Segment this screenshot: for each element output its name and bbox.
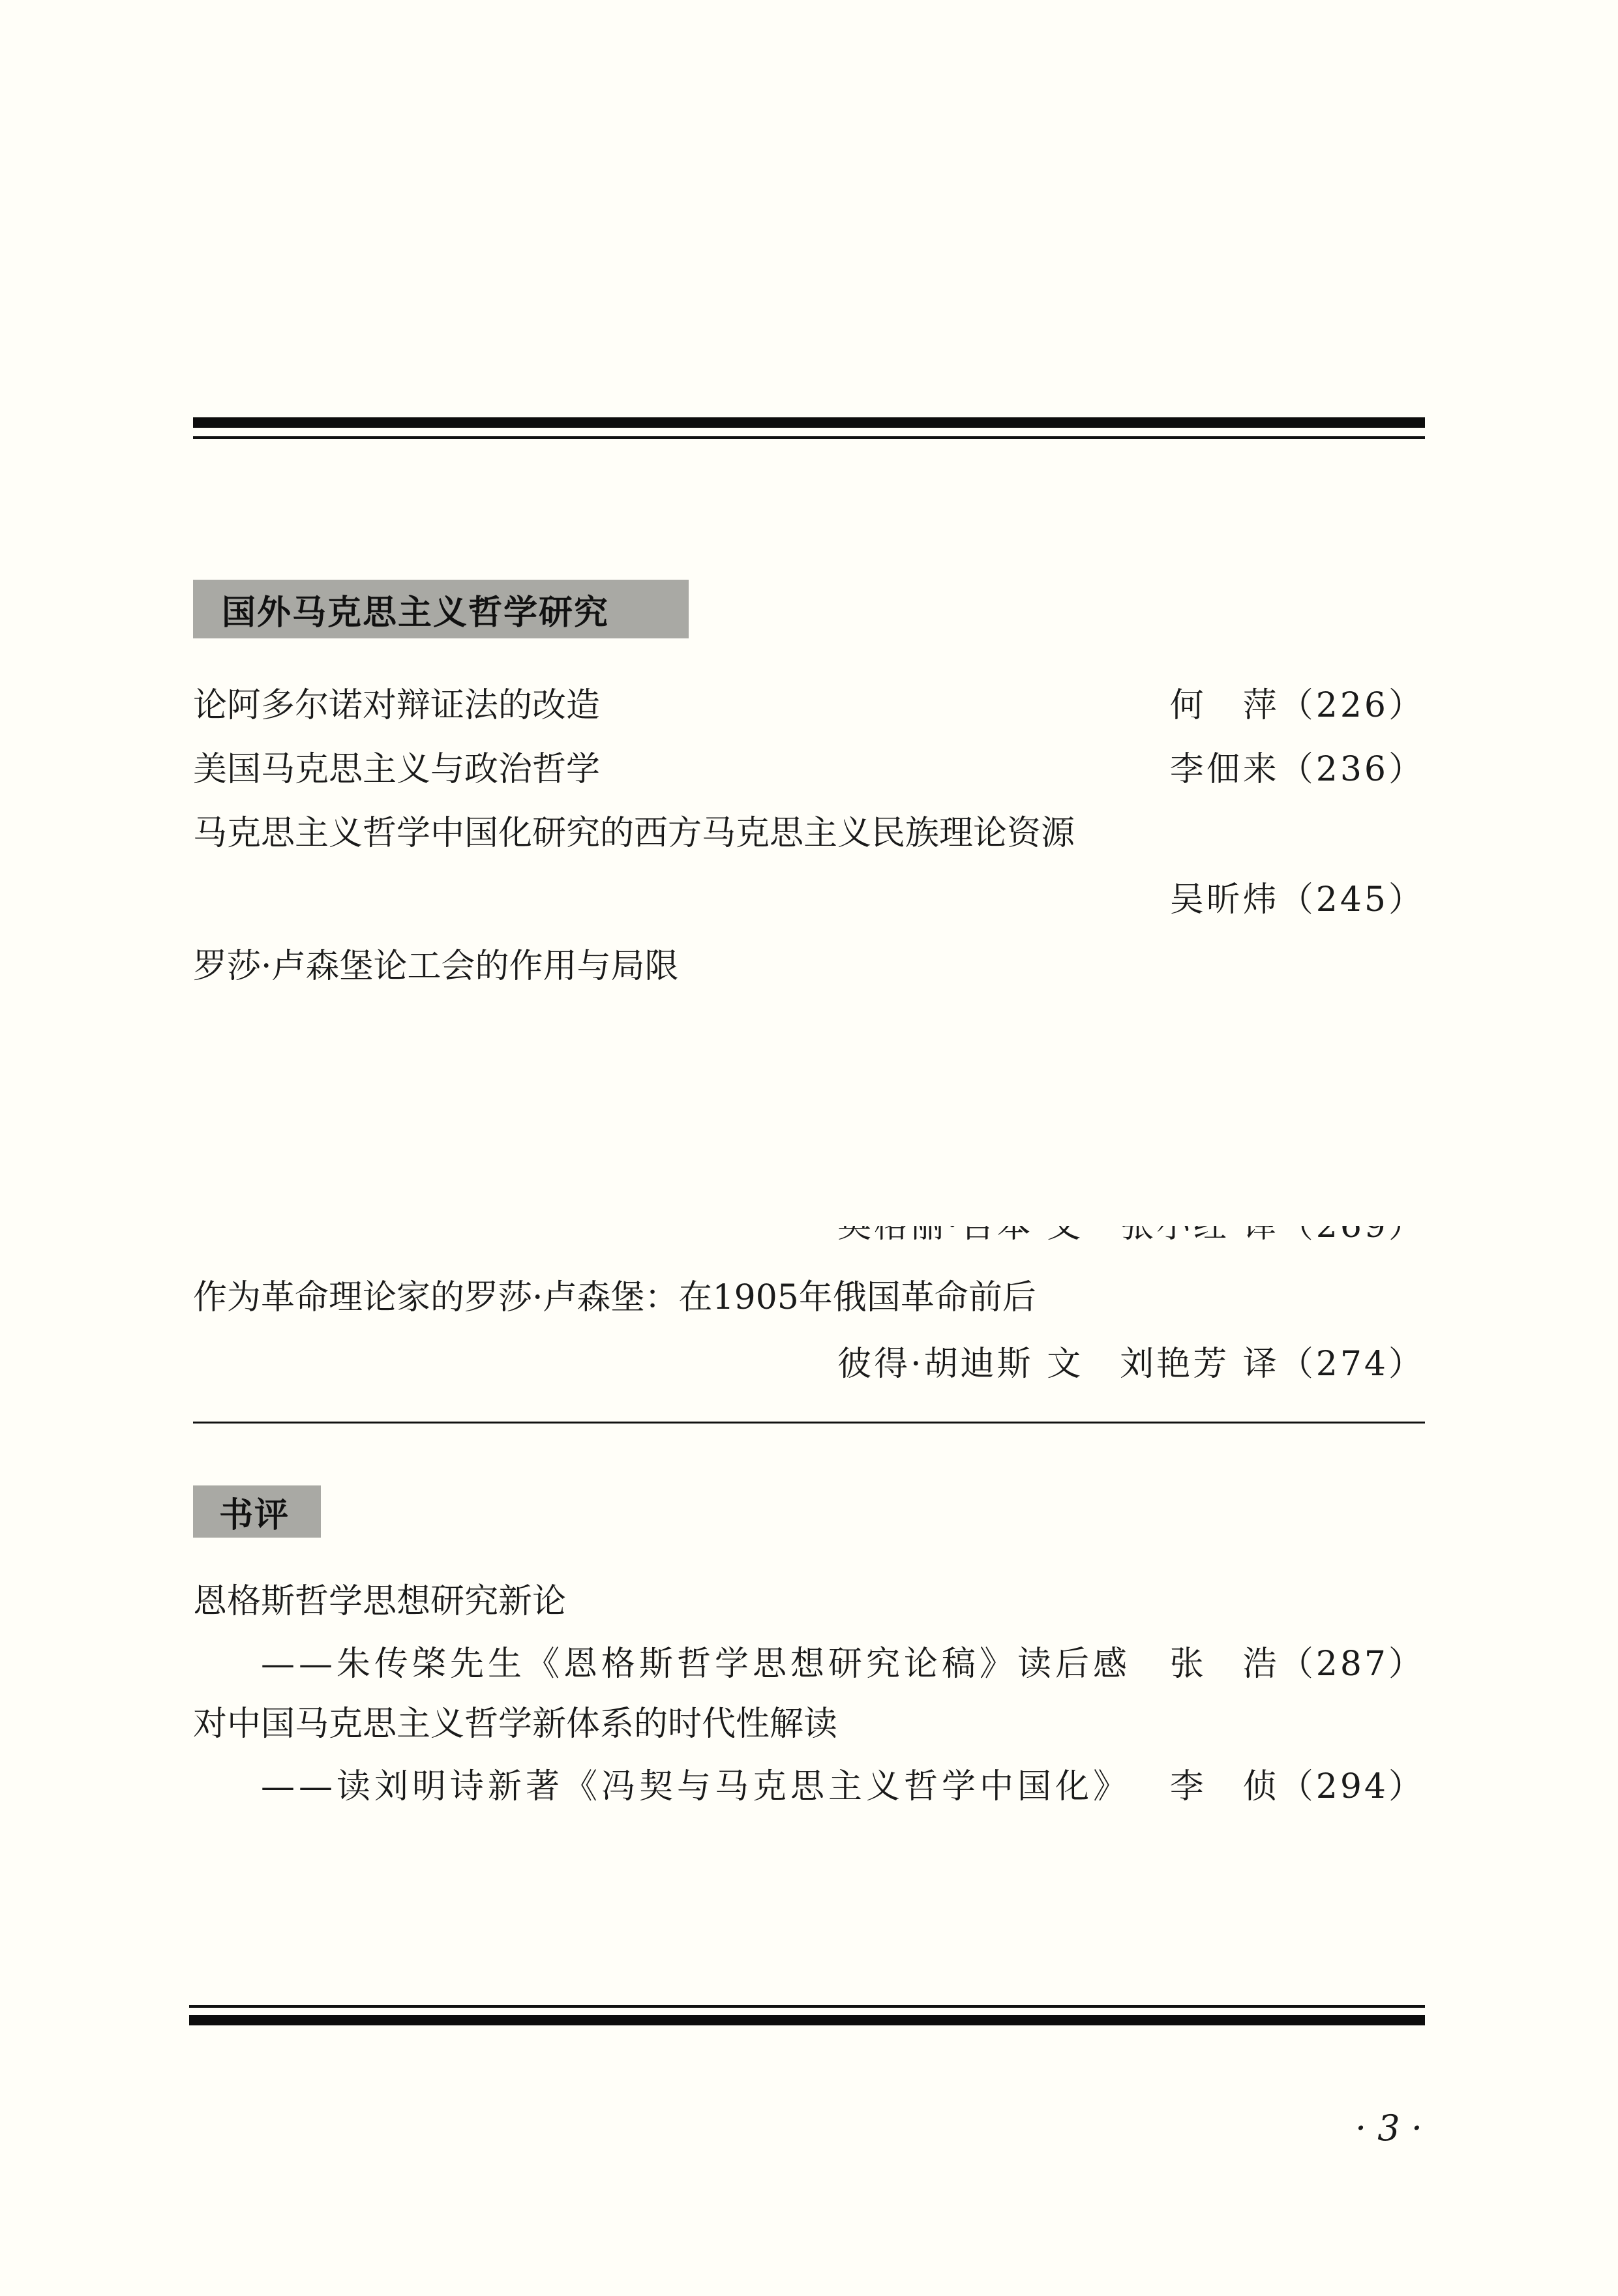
bottom-rule-thin [189, 2005, 1425, 2008]
toc-entry[interactable]: 论阿多尔诺对辩证法的改造 何 萍（226） [193, 686, 1425, 725]
entry-subtitle: ——朱传棨先生《恩格斯哲学思想研究论稿》读后感 [193, 1645, 1131, 1684]
entry-page: （245） [1280, 880, 1425, 919]
top-rule-thin [193, 436, 1425, 439]
entry-author: 李佃来 [1170, 750, 1280, 789]
entry-title: 对中国马克思主义哲学新体系的时代性解读 [193, 1705, 837, 1744]
toc-entry-byline: 吴昕炜（245） [193, 880, 1425, 919]
entry-title: 罗莎·卢森堡论工会的作用与局限 [193, 947, 679, 986]
toc-entry[interactable]: 马克思主义哲学中国化研究的西方马克思主义民族理论资源 [193, 814, 1425, 853]
entry-page: （269） [1280, 1226, 1425, 1245]
section-heading-book-review: 书评 [193, 1485, 321, 1538]
entry-page: （226） [1280, 686, 1425, 725]
bottom-rule-thick [189, 2015, 1425, 2025]
entry-author: 英格丽·吉本 文 张小红 译 [837, 1226, 1280, 1245]
toc-entry[interactable]: 作为革命理论家的罗莎·卢森堡：在1905年俄国革命前后 [193, 1278, 1425, 1317]
entry-title: 论阿多尔诺对辩证法的改造 [193, 686, 600, 725]
toc-entry[interactable]: 罗莎·卢森堡论工会的作用与局限 [193, 947, 1425, 986]
page-number: · 3 · [1355, 2108, 1422, 2149]
entry-author: 张 浩 [1170, 1645, 1280, 1684]
entry-page: （287） [1280, 1645, 1425, 1684]
toc-entry-byline: 彼得·胡迪斯 文 刘艳芳 译（274） [193, 1345, 1425, 1384]
entry-author: 何 萍 [1170, 686, 1280, 725]
top-rule-thick [193, 417, 1425, 428]
toc-entry[interactable]: 对中国马克思主义哲学新体系的时代性解读 [193, 1705, 1425, 1744]
entry-author: 吴昕炜 [1170, 880, 1280, 919]
entry-title: 作为革命理论家的罗莎·卢森堡：在1905年俄国革命前后 [193, 1278, 1036, 1317]
entry-page: （236） [1280, 750, 1425, 789]
entry-author: 彼得·胡迪斯 文 刘艳芳 译 [837, 1345, 1280, 1384]
clipped-byline: 英格丽·吉本 文 张小红 译（269） [193, 1226, 1425, 1245]
entry-title: 美国马克思主义与政治哲学 [193, 750, 600, 789]
toc-entry[interactable]: 恩格斯哲学思想研究新论 [193, 1582, 1425, 1621]
toc-entry-subtitle[interactable]: ——读刘明诗新著《冯契与马克思主义哲学中国化》 李 侦（294） [193, 1767, 1425, 1806]
entry-author: 李 侦 [1170, 1767, 1280, 1806]
section-divider [193, 1422, 1425, 1424]
entry-title: 马克思主义哲学中国化研究的西方马克思主义民族理论资源 [193, 814, 1075, 853]
section-heading-foreign-marxism: 国外马克思主义哲学研究 [193, 580, 689, 638]
entry-page: （274） [1280, 1345, 1425, 1384]
entry-subtitle: ——读刘明诗新著《冯契与马克思主义哲学中国化》 [193, 1767, 1131, 1806]
entry-title: 恩格斯哲学思想研究新论 [193, 1582, 566, 1621]
entry-page: （294） [1280, 1767, 1425, 1806]
toc-entry[interactable]: 美国马克思主义与政治哲学 李佃来（236） [193, 750, 1425, 789]
toc-entry-subtitle[interactable]: ——朱传棨先生《恩格斯哲学思想研究论稿》读后感 张 浩（287） [193, 1645, 1425, 1684]
